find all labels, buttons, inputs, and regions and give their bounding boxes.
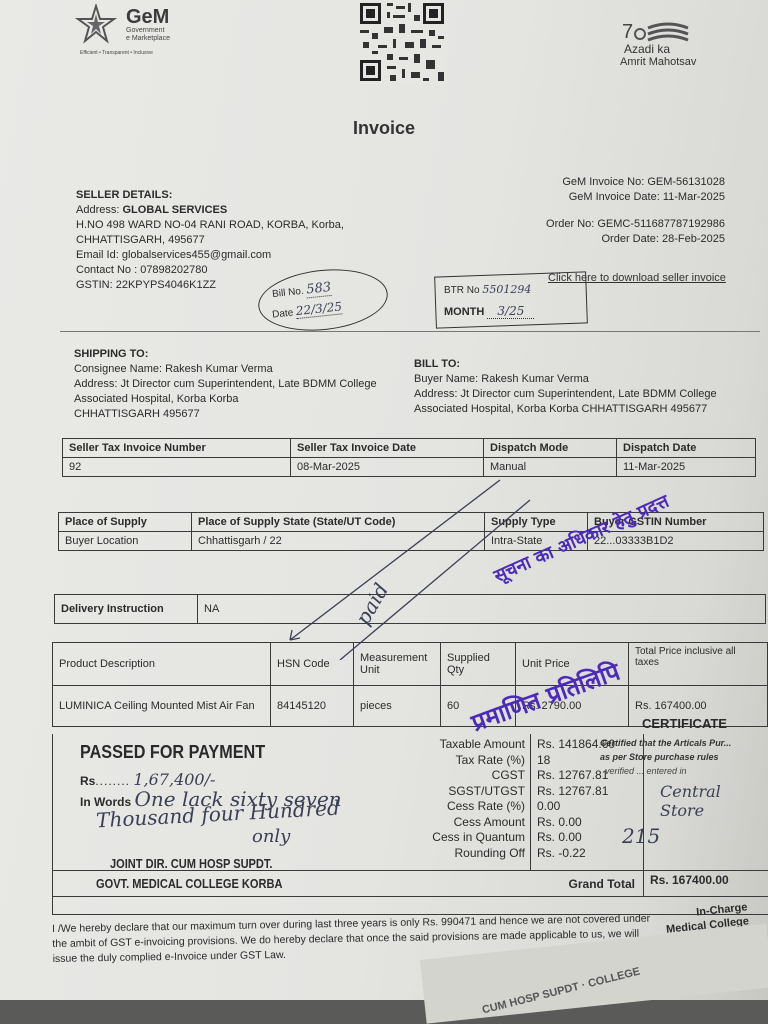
payment-sign-line2: GOVT. MEDICAL COLLEGE KORBA <box>96 876 282 891</box>
delivery-instruction-label: Delivery Instruction <box>55 595 198 624</box>
invoice-page: GeM Government e Marketplace Efficient •… <box>0 0 768 1000</box>
totals-labels: Taxable AmountTax Rate (%)CGSTSGST/UTGST… <box>380 737 525 861</box>
header-seller-tax-invoice-number: Seller Tax Invoice Number <box>63 439 291 458</box>
azadi-text-1: Azadi ka <box>624 42 670 56</box>
gem-logo-subtitle: Government e Marketplace <box>126 27 170 43</box>
table-header-row: Seller Tax Invoice Number Seller Tax Inv… <box>63 439 756 458</box>
totals-value: 0.00 <box>537 799 615 815</box>
certificate-line1: Certified that the Articals Pur... <box>600 736 731 751</box>
pen-strike-marks <box>280 460 540 660</box>
dispatch-date: 11-Mar-2025 <box>617 458 756 477</box>
billing-details: BILL TO: Buyer Name: Rakesh Kumar Verma … <box>414 357 717 417</box>
totals-label: Cess Rate (%) <box>380 799 525 815</box>
gem-invoice-no: GeM Invoice No: GEM-56131028 <box>480 175 725 190</box>
qr-code-icon <box>357 0 447 84</box>
certificate-line2: as per Store purchase rules <box>600 750 719 765</box>
totals-label: Taxable Amount <box>380 737 525 753</box>
grand-total-label: Grand Total <box>520 877 635 892</box>
seller-heading: SELLER DETAILS: <box>76 188 344 203</box>
billing-address-line2: Associated Hospital, Korba Korba CHHATTI… <box>414 402 717 417</box>
totals-value: Rs. 0.00 <box>537 830 615 846</box>
buyer-name: Buyer Name: Rakesh Kumar Verma <box>414 372 717 387</box>
azadi-text-2: Amrit Mahotsav <box>620 56 696 68</box>
btr-value: 5501294 <box>482 283 531 296</box>
seller-address-label: Address: <box>76 204 119 216</box>
gem-star-logo-icon <box>72 4 120 44</box>
month-value: 3/25 <box>487 304 534 319</box>
bill-no-label: Bill No. <box>272 286 305 300</box>
totals-label: Rounding Off <box>380 846 525 862</box>
product-unit: pieces <box>354 686 441 727</box>
product-description: LUMINICA Ceiling Mounted Mist Air Fan <box>53 686 271 727</box>
gem-tagline: Efficient • Transparent • Inclusive <box>80 50 153 56</box>
gem-invoice-date: GeM Invoice Date: 11-Mar-2025 <box>480 190 725 205</box>
passed-for-payment-title: PASSED FOR PAYMENT <box>80 742 265 763</box>
svg-text:7: 7 <box>622 21 633 43</box>
place-of-supply: Buyer Location <box>59 532 192 551</box>
seller-address-line1: H.NO 498 WARD NO-04 RANI ROAD, KORBA, Ko… <box>76 218 344 233</box>
billing-address-line1: Address: Jt Director cum Superintendent,… <box>414 387 717 402</box>
btr-label: BTR No <box>444 285 480 296</box>
totals-value: Rs. 12767.81 <box>537 768 615 784</box>
certificate-handwritten: Central Store <box>660 782 768 820</box>
bill-to-heading: BILL TO: <box>414 357 717 372</box>
totals-value: Rs. 0.00 <box>537 815 615 831</box>
totals-label: SGST/UTGST <box>380 784 525 800</box>
totals-label: Tax Rate (%) <box>380 753 525 769</box>
seller-name: GLOBAL SERVICES <box>122 204 227 216</box>
seller-address-row: Address: GLOBAL SERVICES <box>76 203 344 218</box>
totals-divider <box>530 734 531 870</box>
certificate-line3: verified ... entered in <box>605 764 687 779</box>
document-title: Invoice <box>0 118 768 139</box>
totals-value: Rs. 12767.81 <box>537 784 615 800</box>
consignee-name: Consignee Name: Rakesh Kumar Verma <box>74 362 377 377</box>
shipping-address-line3: CHHATTISGARH 495677 <box>74 407 377 422</box>
totals-label: CGST <box>380 768 525 784</box>
gem-logo-text: GeM <box>126 6 169 29</box>
product-hsn: 84145120 <box>271 686 354 727</box>
totals-label: Cess Amount <box>380 815 525 831</box>
grand-total-value: Rs. 167400.00 <box>650 873 729 888</box>
shipping-address-line2: Associated Hospital, Korba Korba <box>74 392 377 407</box>
divider <box>60 331 760 332</box>
header-place-of-supply: Place of Supply <box>59 513 192 532</box>
shipping-heading: SHIPPING TO: <box>74 347 377 362</box>
gem-logo-sub-1: Government <box>126 27 170 35</box>
payment-rs-label: Rs <box>80 774 95 788</box>
header-dispatch-date: Dispatch Date <box>617 439 756 458</box>
header-dispatch-mode: Dispatch Mode <box>484 439 617 458</box>
shipping-address-line1: Address: Jt Director cum Superintendent,… <box>74 377 377 392</box>
invoice-meta: GeM Invoice No: GEM-56131028 GeM Invoice… <box>480 175 725 247</box>
header-seller-tax-invoice-date: Seller Tax Invoice Date <box>291 439 484 458</box>
download-seller-invoice-link[interactable]: Click here to download seller invoice <box>548 271 726 286</box>
gem-logo-sub-2: e Marketplace <box>126 35 170 43</box>
month-row: MONTH 3/25 <box>444 304 534 320</box>
bill-no-value: 583 <box>306 280 332 299</box>
shipping-details: SHIPPING TO: Consignee Name: Rakesh Kuma… <box>74 347 377 422</box>
seller-tax-invoice-number: 92 <box>63 458 291 477</box>
payment-sign-line1: JOINT DIR. CUM HOSP SUPDT. <box>110 856 273 871</box>
header-total-price: Total Price inclusive all taxes <box>629 643 768 686</box>
seller-email: Email Id: globalservices455@gmail.com <box>76 248 344 263</box>
order-no: Order No: GEMC-511687787192986 <box>480 217 725 232</box>
order-date: Order Date: 28-Feb-2025 <box>480 232 725 247</box>
btr-row: BTR No 5501294 <box>444 282 531 298</box>
certificate-title: CERTIFICATE <box>642 716 727 731</box>
payment-words-line3: only <box>252 826 290 847</box>
seller-address-line2: CHHATTISGARH, 495677 <box>76 233 344 248</box>
bill-date-label: Date <box>272 307 294 320</box>
certificate-page-ref: 215 <box>622 824 660 848</box>
totals-value: Rs. -0.22 <box>537 846 615 862</box>
month-label: MONTH <box>444 306 484 318</box>
totals-label: Cess in Quantum <box>380 830 525 846</box>
header-product-description: Product Description <box>53 643 271 686</box>
grand-total-rule-2 <box>52 896 768 897</box>
